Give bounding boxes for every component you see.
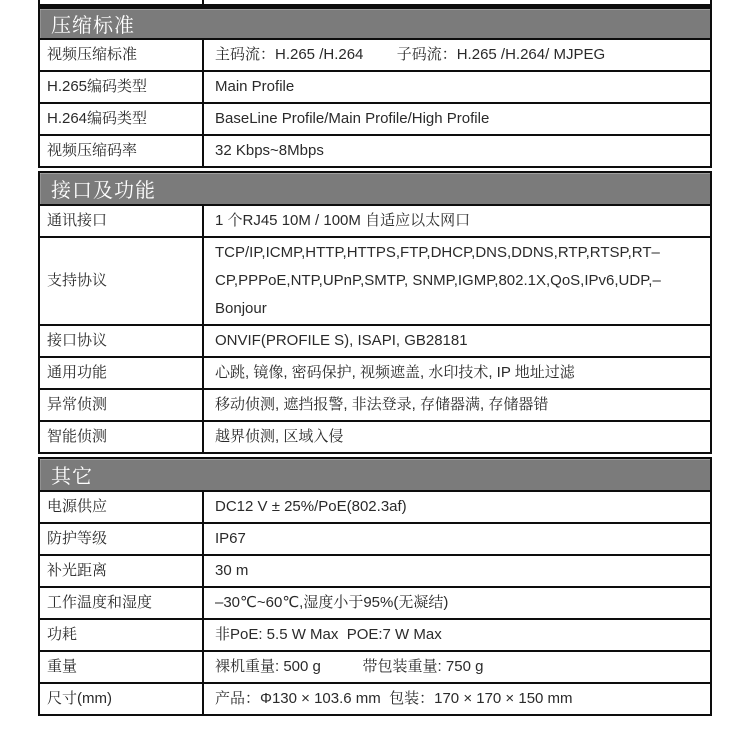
section-title: 接口及功能: [40, 173, 710, 206]
table-row: 电源供应 DC12 V ± 25%/PoE(802.3af): [40, 492, 710, 522]
row-label: H.265编码类型: [40, 72, 204, 102]
previous-row-remnant: [38, 0, 712, 7]
row-label: 电源供应: [40, 492, 204, 522]
row-value: Main Profile: [204, 72, 710, 102]
row-label: 通讯接口: [40, 206, 204, 236]
section-interface-functions: 接口及功能 通讯接口 1 个RJ45 10M / 100M 自适应以太网口 支持…: [38, 171, 712, 454]
row-value: ONVIF(PROFILE S), ISAPI, GB28181: [204, 326, 710, 356]
row-label: 补光距离: [40, 556, 204, 586]
table-row: 工作温度和湿度 –30℃~60℃,湿度小于95%(无凝结): [40, 586, 710, 618]
table-row: 视频压缩标准 主码流：H.265 /H.264 子码流：H.265 /H.264…: [40, 40, 710, 70]
row-label: 接口协议: [40, 326, 204, 356]
row-value: 32 Kbps~8Mbps: [204, 136, 710, 166]
table-row: 通讯接口 1 个RJ45 10M / 100M 自适应以太网口: [40, 206, 710, 236]
table-row: 补光距离 30 m: [40, 554, 710, 586]
row-value: 主码流：H.265 /H.264 子码流：H.265 /H.264/ MJPEG: [204, 40, 710, 70]
row-label: 视频压缩码率: [40, 136, 204, 166]
table-row: 视频压缩码率 32 Kbps~8Mbps: [40, 134, 710, 166]
table-row: 防护等级 IP67: [40, 522, 710, 554]
row-label: 工作温度和湿度: [40, 588, 204, 618]
table-row: 异常侦测 移动侦测, 遮挡报警, 非法登录, 存储器满, 存储器错: [40, 388, 710, 420]
row-value: –30℃~60℃,湿度小于95%(无凝结): [204, 588, 710, 618]
table-row: 通用功能 心跳, 镜像, 密码保护, 视频遮盖, 水印技术, IP 地址过滤: [40, 356, 710, 388]
table-row: 尺寸(mm) 产品：Φ130 × 103.6 mm 包装：170 × 170 ×…: [40, 682, 710, 714]
section-title: 其它: [40, 459, 710, 492]
previous-row-label-cell: [40, 0, 204, 4]
row-value: 30 m: [204, 556, 710, 586]
row-label: 通用功能: [40, 358, 204, 388]
spec-sheet-page: 压缩标准 视频压缩标准 主码流：H.265 /H.264 子码流：H.265 /…: [0, 0, 750, 750]
row-label: 视频压缩标准: [40, 40, 204, 70]
row-value: 移动侦测, 遮挡报警, 非法登录, 存储器满, 存储器错: [204, 390, 710, 420]
row-value: 心跳, 镜像, 密码保护, 视频遮盖, 水印技术, IP 地址过滤: [204, 358, 710, 388]
row-label: 支持协议: [40, 238, 204, 324]
row-label: 重量: [40, 652, 204, 682]
table-row: 接口协议 ONVIF(PROFILE S), ISAPI, GB28181: [40, 324, 710, 356]
row-label: 尺寸(mm): [40, 684, 204, 714]
row-value: 越界侦测, 区域入侵: [204, 422, 710, 452]
row-value: BaseLine Profile/Main Profile/High Profi…: [204, 104, 710, 134]
row-value: 产品：Φ130 × 103.6 mm 包装：170 × 170 × 150 mm: [204, 684, 710, 714]
table-row: 功耗 非PoE: 5.5 W Max POE:7 W Max: [40, 618, 710, 650]
row-value: TCP/IP,ICMP,HTTP,HTTPS,FTP,DHCP,DNS,DDNS…: [204, 238, 710, 324]
table-row: 智能侦测 越界侦测, 区域入侵: [40, 420, 710, 452]
table-row: H.264编码类型 BaseLine Profile/Main Profile/…: [40, 102, 710, 134]
row-value: 非PoE: 5.5 W Max POE:7 W Max: [204, 620, 710, 650]
row-label: 防护等级: [40, 524, 204, 554]
row-label: 功耗: [40, 620, 204, 650]
spec-table: 压缩标准 视频压缩标准 主码流：H.265 /H.264 子码流：H.265 /…: [38, 0, 712, 716]
row-label: H.264编码类型: [40, 104, 204, 134]
row-value: IP67: [204, 524, 710, 554]
section-title: 压缩标准: [40, 9, 710, 40]
row-value: 1 个RJ45 10M / 100M 自适应以太网口: [204, 206, 710, 236]
table-row: 重量 裸机重量: 500 g 带包装重量: 750 g: [40, 650, 710, 682]
section-others: 其它 电源供应 DC12 V ± 25%/PoE(802.3af) 防护等级 I…: [38, 457, 712, 716]
section-compression-standard: 压缩标准 视频压缩标准 主码流：H.265 /H.264 子码流：H.265 /…: [38, 7, 712, 168]
row-label: 智能侦测: [40, 422, 204, 452]
previous-row-value-cell: [204, 0, 710, 4]
row-label: 异常侦测: [40, 390, 204, 420]
table-row: 支持协议 TCP/IP,ICMP,HTTP,HTTPS,FTP,DHCP,DNS…: [40, 236, 710, 324]
table-row: H.265编码类型 Main Profile: [40, 70, 710, 102]
row-value: DC12 V ± 25%/PoE(802.3af): [204, 492, 710, 522]
row-value: 裸机重量: 500 g 带包装重量: 750 g: [204, 652, 710, 682]
